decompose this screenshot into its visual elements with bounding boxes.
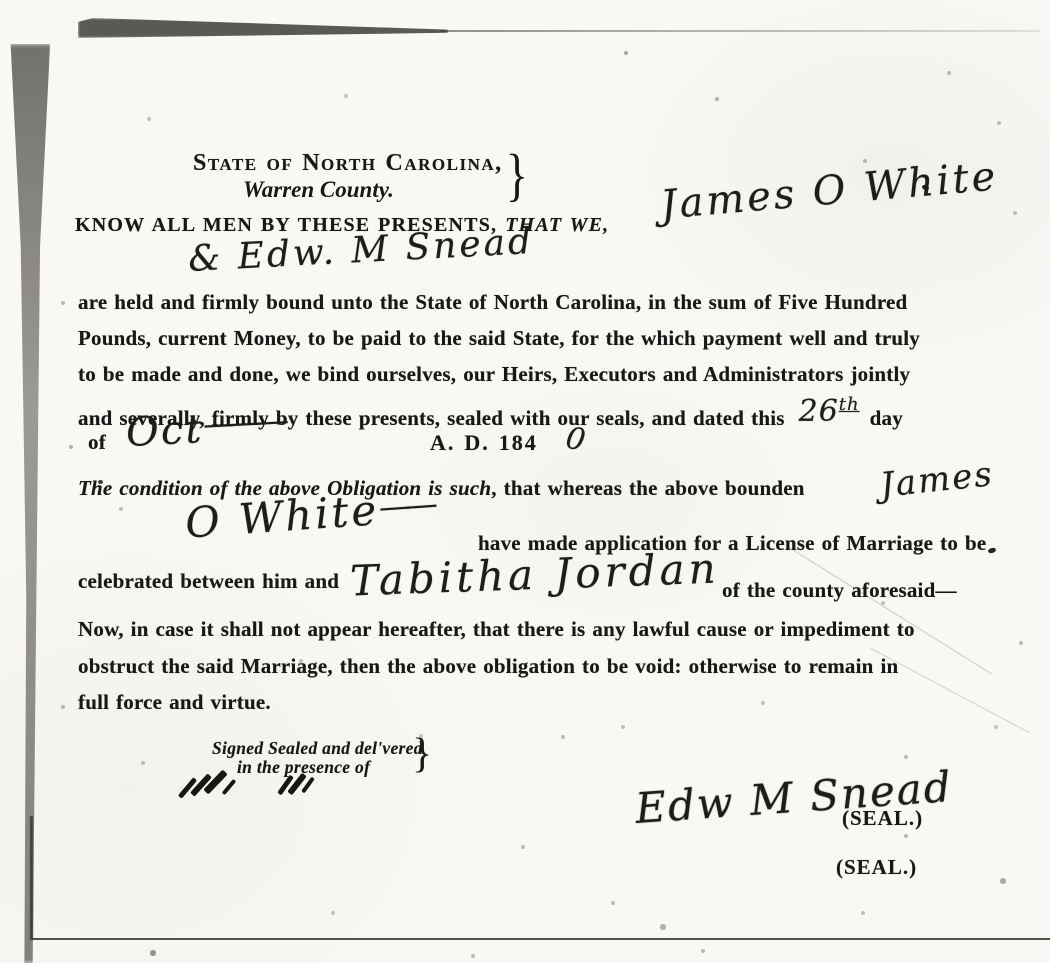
seal-label-1: (SEAL.) (842, 806, 923, 831)
bond-body-line-2: Pounds, current Money, to be paid to the… (78, 326, 920, 351)
scan-left-edge-band (6, 44, 52, 963)
void-clause-line-1: Now, in case it shall not appear hereaft… (78, 617, 915, 642)
scan-bottom-edge-line (32, 938, 1050, 940)
handwritten-day-number: 26th (799, 394, 860, 429)
ink-blot (987, 547, 996, 554)
scan-top-edge-wedge (78, 18, 448, 38)
header-brace: } (506, 141, 528, 208)
month-dash-flourish: ——— (202, 401, 285, 443)
scan-noise-speckles (0, 0, 2, 2)
handwritten-month: Oct——— (125, 402, 285, 456)
ink-stroke (222, 779, 237, 795)
groom-dash-flourish: —— (378, 484, 435, 526)
handwritten-bride-name: Tabitha Jordan (349, 544, 720, 606)
scan-left-edge-line (30, 816, 33, 940)
day-ordinal-suffix: th (839, 394, 860, 415)
witness-ink-marks (183, 766, 443, 814)
day-number: 26 (799, 394, 839, 429)
aforesaid-text: of the county aforesaid— (722, 578, 957, 603)
scanned-marriage-bond-document: State of North Carolina, Warren County. … (0, 0, 1050, 963)
seal-label-2: (SEAL.) (836, 855, 917, 880)
celebrated-text: celebrated between him and (78, 569, 339, 594)
anno-domini-label: A. D. 184 (430, 430, 538, 456)
day-word: day (870, 406, 903, 430)
state-heading: State of North Carolina, (193, 150, 503, 177)
bond-body-line-3: to be made and done, we bind ourselves, … (78, 362, 910, 387)
month-name: Oct (125, 406, 205, 456)
condition-lead-rest: , that whereas the above bounden (491, 476, 804, 500)
bond-body-line-1: are held and firmly bound unto the State… (78, 290, 907, 315)
county-heading: Warren County. (243, 177, 394, 203)
witness-attestation-line-1: Signed Sealed and del'vered (212, 738, 423, 759)
handwritten-principal-name: James O White (659, 153, 1000, 228)
void-clause-line-2: obstruct the said Marriage, then the abo… (78, 654, 898, 679)
scan-top-edge-line (440, 30, 1040, 32)
of-label: of (88, 430, 106, 455)
handwritten-groom-first-name: James (878, 454, 995, 506)
condition-clause-line-1: The condition of the above Obligation is… (78, 476, 805, 501)
void-clause-line-3: full force and virtue. (78, 690, 271, 715)
